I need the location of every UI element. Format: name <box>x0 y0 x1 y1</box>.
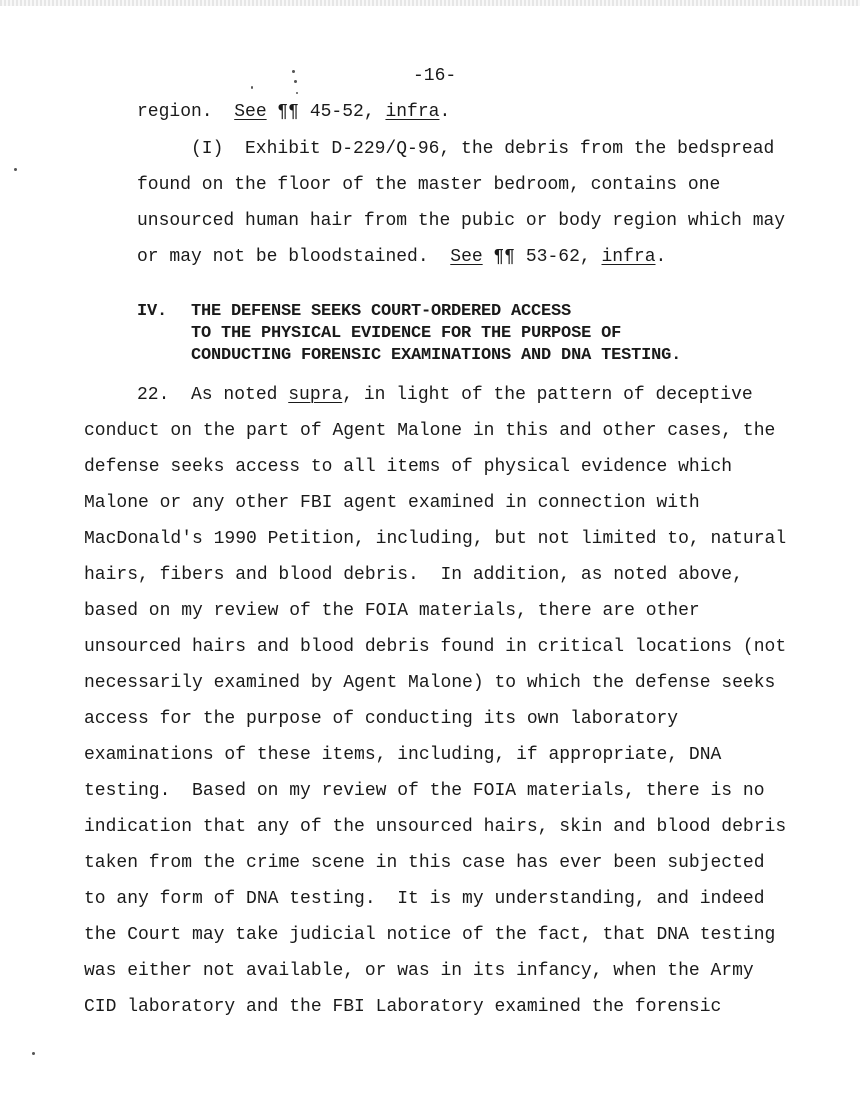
scan-speck <box>251 86 253 89</box>
text-line: to any form of DNA testing. It is my und… <box>84 889 765 909</box>
text-line: necessarily examined by Agent Malone) to… <box>84 673 775 693</box>
scan-speck <box>32 1052 35 1055</box>
text-line: testing. Based on my review of the FOIA … <box>84 781 765 801</box>
text-line: taken from the crime scene in this case … <box>84 853 765 873</box>
text-run: unsourced human hair from the pubic or b… <box>137 211 785 231</box>
text-run: or may not be bloodstained. <box>137 247 450 267</box>
text-line: examinations of these items, including, … <box>84 745 721 765</box>
text-line: defense seeks access to all items of phy… <box>84 457 732 477</box>
scan-speck <box>296 92 298 94</box>
text-line: the Court may take judicial notice of th… <box>84 925 775 945</box>
scan-speck <box>292 70 295 73</box>
page-number: -16- <box>413 66 456 86</box>
scan-speck <box>14 168 17 171</box>
underlined-citation: supra <box>288 385 342 405</box>
text-run: , in light of the pattern of deceptive <box>342 385 752 405</box>
text-line: hairs, fibers and blood debris. In addit… <box>84 565 743 585</box>
section-number: IV. <box>137 302 167 322</box>
text-line: (I) Exhibit D-229/Q-96, the debris from … <box>191 139 774 159</box>
text-line: access for the purpose of conducting its… <box>84 709 678 729</box>
text-line: indication that any of the unsourced hai… <box>84 817 786 837</box>
text-line: found on the floor of the master bedroom… <box>137 175 720 195</box>
text-line: Malone or any other FBI agent examined i… <box>84 493 700 513</box>
scan-speck <box>294 80 297 83</box>
underlined-citation: infra <box>602 247 656 267</box>
document-page: -16- region. See ¶¶ 45-52, infra. (I) Ex… <box>0 0 860 1115</box>
text-line: was either not available, or was in its … <box>84 961 754 981</box>
text-line: CID laboratory and the FBI Laboratory ex… <box>84 997 721 1017</box>
section-heading-line: THE DEFENSE SEEKS COURT-ORDERED ACCESS <box>191 302 571 322</box>
section-heading-line: TO THE PHYSICAL EVIDENCE FOR THE PURPOSE… <box>191 324 621 344</box>
text-line: unsourced human hair from the pubic or b… <box>137 211 785 231</box>
underlined-citation: See <box>450 247 482 267</box>
text-line: or may not be bloodstained. See ¶¶ 53-62… <box>137 247 666 267</box>
text-line: MacDonald's 1990 Petition, including, bu… <box>84 529 786 549</box>
text-run: 22. As noted <box>137 385 288 405</box>
text-line: unsourced hairs and blood debris found i… <box>84 637 786 657</box>
paragraph-first-line: 22. As noted supra, in light of the patt… <box>137 385 753 405</box>
scan-border <box>0 0 860 6</box>
text-run: . <box>656 247 667 267</box>
text-run: . <box>439 102 450 122</box>
text-run: ¶¶ 45-52, <box>267 102 386 122</box>
text-line: region. See ¶¶ 45-52, infra. <box>137 102 450 122</box>
text-run: (I) Exhibit D-229/Q-96, the debris from … <box>191 139 774 159</box>
underlined-citation: infra <box>385 102 439 122</box>
section-heading-line: CONDUCTING FORENSIC EXAMINATIONS AND DNA… <box>191 346 681 366</box>
text-run: ¶¶ 53-62, <box>483 247 602 267</box>
text-run: found on the floor of the master bedroom… <box>137 175 720 195</box>
text-run: region. <box>137 102 234 122</box>
text-line: based on my review of the FOIA materials… <box>84 601 700 621</box>
text-line: conduct on the part of Agent Malone in t… <box>84 421 775 441</box>
underlined-citation: See <box>234 102 266 122</box>
